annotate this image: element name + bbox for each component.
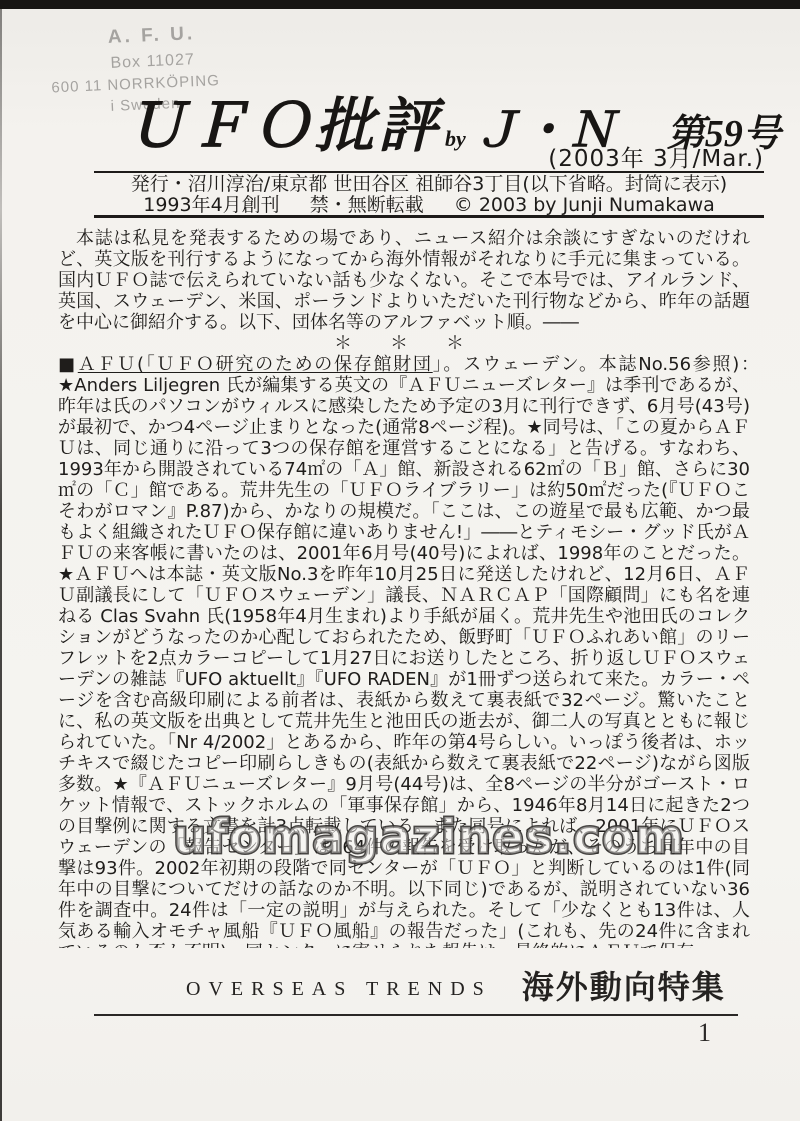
article-body: 本誌は私見を発表するための場であり、ニュース紹介は余談にすぎないのだけれど、英文… — [58, 228, 750, 948]
scan-edge-left — [0, 9, 2, 1121]
publisher-block: 発行・沼川淳治/東京都 世田谷区 祖師谷3丁目(以下省略。封筒に表示) 1993… — [94, 174, 764, 216]
reprint-notice: 禁・無断転載 — [310, 194, 424, 216]
footer-title-english: OVERSEAS TRENDS — [186, 970, 492, 1001]
section-bullet-icon: ■ — [58, 354, 77, 375]
publisher-copyright-line: 1993年4月創刊 禁・無断転載 © 2003 by Junji Numakaw… — [94, 195, 764, 216]
footer-rule — [94, 1014, 738, 1016]
footer-section-title: OVERSEAS TRENDS 海外動向特集 — [186, 962, 726, 1008]
footer-title-japanese: 海外動向特集 — [522, 962, 726, 1008]
section-body-text: ： ★Anders Liljegren 氏が編集する英文の『ＡＦＵニューズレター… — [58, 354, 750, 948]
header-rule-bottom — [94, 215, 764, 218]
section-heading-rest: 」。スウェーデン。本誌No.56参照) — [433, 354, 740, 375]
magazine-title: ＵＦＯ批評 — [126, 78, 441, 163]
intro-paragraph: 本誌は私見を発表するための場であり、ニュース紹介は余談にすぎないのだけれど、英文… — [58, 228, 750, 333]
founded-date: 1993年4月創刊 — [143, 194, 279, 216]
publisher-address-line: 発行・沼川淳治/東京都 世田谷区 祖師谷3丁目(以下省略。封筒に表示) — [94, 174, 764, 195]
issue-date: (2003年 3月/Mar.) — [548, 140, 764, 173]
asterisk-divider: ＊ ＊ ＊ — [58, 333, 750, 354]
copyright-notice: © 2003 by Junji Numakawa — [454, 194, 715, 216]
afu-section-paragraph: ■ＡＦＵ(「ＵＦＯ研究のための保存館財団」。スウェーデン。本誌No.56参照)：… — [58, 354, 750, 948]
magazine-title-by: by — [445, 126, 466, 152]
scan-edge-top — [0, 0, 800, 9]
page-number: 1 — [698, 1018, 711, 1048]
section-heading-underlined: ＡＦＵ(「ＵＦＯ研究のための保存館財団 — [78, 354, 433, 375]
